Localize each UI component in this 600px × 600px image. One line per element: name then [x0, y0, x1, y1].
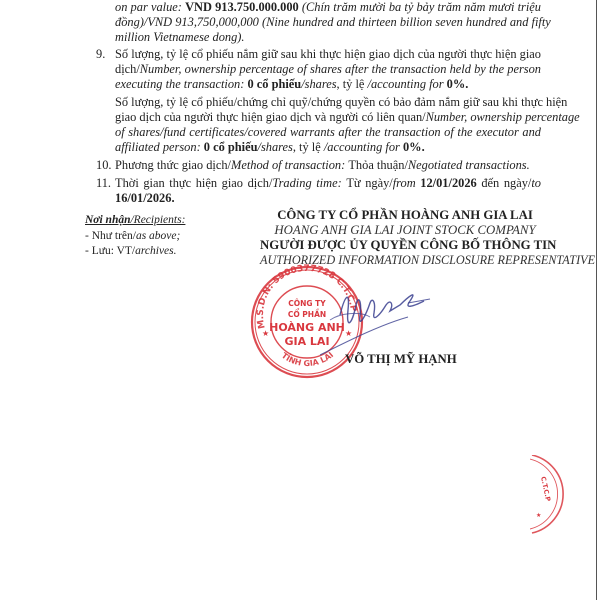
- item10-text: Phương thức giao dịch/Method of transact…: [115, 158, 541, 173]
- item9-number: 9.: [96, 47, 105, 62]
- item9-p2-line4: affiliated person: 0 cổ phiếu/shares, tỷ…: [115, 140, 541, 155]
- stamp-star-icon: ★: [262, 329, 269, 338]
- item9-p1-line2: dịch/Number, ownership percentage of sha…: [115, 62, 541, 77]
- signature-block: CÔNG TY CỔ PHẦN HOÀNG ANH GIA LAI HOANG …: [260, 208, 550, 268]
- stamp-star-icon: ★: [536, 512, 541, 519]
- svg-text:C.T.C.P: C.T.C.P: [539, 476, 552, 503]
- item11-line1: Thời gian thực hiện giao dịch/Trading ti…: [115, 176, 541, 191]
- recipient-item: - Như trên/as above;: [85, 229, 180, 243]
- role-vi: NGƯỜI ĐƯỢC ỦY QUYỀN CÔNG BỐ THÔNG TIN: [260, 238, 550, 253]
- company-name-vi: CÔNG TY CỔ PHẦN HOÀNG ANH GIA LAI: [260, 208, 550, 223]
- handwritten-signature: [300, 275, 440, 360]
- partial-seal-stamp: C.T.C.P ★: [530, 455, 570, 535]
- recipient-item: - Lưu: VT/archives.: [85, 244, 177, 258]
- item9-p2-line1: Số lượng, tỷ lệ cổ phiếu/chứng chỉ quỹ/c…: [115, 95, 541, 110]
- item8-line1: on par value: VND 913.750.000.000 (Chín …: [115, 0, 541, 15]
- item9-p1-line3: executing the transaction: 0 cổ phiếu/sh…: [115, 77, 541, 92]
- item9-p2-line3: of shares/fund certificates/covered warr…: [115, 125, 541, 140]
- item8-line2: đồng)/VND 913,750,000,000 (Nine hundred …: [115, 15, 541, 30]
- item11-number: 11.: [96, 176, 111, 191]
- signer-name: VÕ THỊ MỸ HẠNH: [345, 352, 457, 367]
- item8-line3: million Vietnamese dong).: [115, 30, 541, 45]
- document-page: on par value: VND 913.750.000.000 (Chín …: [0, 0, 600, 600]
- page-edge-line: [596, 0, 597, 600]
- recipients-title: Nơi nhận/Recipients:: [85, 213, 185, 227]
- item11-to-date: 16/01/2026.: [115, 191, 541, 206]
- item9-p2-line2: giao dịch của người thực hiện giao dịch …: [115, 110, 541, 125]
- company-name-en: HOANG ANH GIA LAI JOINT STOCK COMPANY: [260, 223, 550, 238]
- item9-p1-line1: Số lượng, tỷ lệ cổ phiếu nắm giữ sau khi…: [115, 47, 541, 62]
- item10-number: 10.: [96, 158, 112, 173]
